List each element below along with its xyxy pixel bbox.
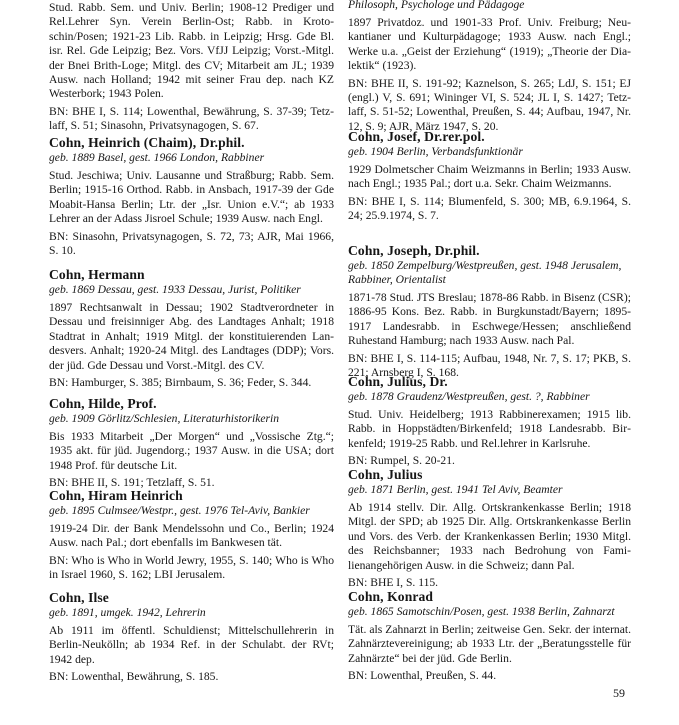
entry-name: Cohn, Hermann <box>49 267 334 283</box>
entry-continuation-right: Philosoph, Psychologe und Pädagoge 1897 … <box>348 0 631 134</box>
entry-body: 1929 Dolmetscher Chaim Weizmanns in Berl… <box>348 163 631 192</box>
entry-meta: geb. 1909 Görlitz/Schlesien, Literaturhi… <box>49 412 334 426</box>
document-page: Stud. Rabb. Sem. und Univ. Berlin; 1908-… <box>0 0 679 725</box>
entry-cohn-konrad: Cohn, Konrad geb. 1865 Samotschin/Posen,… <box>348 589 631 684</box>
entry-references: BN: Hamburger, S. 385; Birnbaum, S. 36; … <box>49 376 334 390</box>
entry-references: BN: Lowenthal, Preußen, S. 44. <box>348 669 631 683</box>
entry-body: 1897 Privatdoz. und 1901-33 Prof. Univ. … <box>348 16 631 74</box>
entry-cohn-heinrich: Cohn, Heinrich (Chaim), Dr.phil. geb. 18… <box>49 135 334 258</box>
entry-meta: geb. 1865 Samotschin/Posen, gest. 1938 B… <box>348 605 631 619</box>
entry-meta: geb. 1878 Graudenz/Westpreußen, gest. ?,… <box>348 390 631 404</box>
entry-body: Ab 1914 stellv. Dir. Allg. Ortskrankenka… <box>348 501 631 573</box>
entry-meta: geb. 1889 Basel, gest. 1966 London, Rabb… <box>49 151 334 165</box>
entry-name: Cohn, Ilse <box>49 590 334 606</box>
entry-meta: geb. 1895 Culmsee/Westpr., gest. 1976 Te… <box>49 504 334 518</box>
entry-cohn-hilde: Cohn, Hilde, Prof. geb. 1909 Görlitz/Sch… <box>49 396 334 491</box>
entry-cohn-joseph: Cohn, Joseph, Dr.phil. geb. 1850 Zempelb… <box>348 243 631 380</box>
entry-meta: geb. 1891, umgek. 1942, Lehrerin <box>49 606 334 620</box>
entry-meta: Philosoph, Psychologe und Pädagoge <box>348 0 631 12</box>
entry-references: BN: Who is Who in World Jewry, 1955, S. … <box>49 554 334 583</box>
entry-name: Cohn, Josef, Dr.rer.pol. <box>348 129 631 145</box>
entry-name: Cohn, Joseph, Dr.phil. <box>348 243 631 259</box>
entry-body: Ab 1911 im öffentl. Schuldienst; Mittels… <box>49 624 334 667</box>
entry-name: Cohn, Heinrich (Chaim), Dr.phil. <box>49 135 334 151</box>
entry-body: Stud. Rabb. Sem. und Univ. Berlin; 1908-… <box>49 1 334 102</box>
entry-references: BN: Sinasohn, Privatsynagogen, S. 72, 73… <box>49 230 334 259</box>
entry-references: BN: BHE I, S. 114; Blumenfeld, S. 300; M… <box>348 195 631 224</box>
entry-references: BN: Lowenthal, Bewährung, S. 185. <box>49 670 334 684</box>
entry-cohn-josef: Cohn, Josef, Dr.rer.pol. geb. 1904 Berli… <box>348 129 631 224</box>
entry-cohn-hermann: Cohn, Hermann geb. 1869 Dessau, gest. 19… <box>49 267 334 390</box>
entry-body: 1919-24 Dir. der Bank Mendelssohn und Co… <box>49 522 334 551</box>
entry-meta: geb. 1850 Zempelburg/Westpreußen, gest. … <box>348 259 631 287</box>
entry-continuation-left: Stud. Rabb. Sem. und Univ. Berlin; 1908-… <box>49 1 334 134</box>
entry-body: 1871-78 Stud. JTS Breslau; 1878-86 Rabb.… <box>348 291 631 349</box>
page-number: 59 <box>613 686 625 700</box>
entry-references: BN: BHE II, S. 191-92; Kaznelson, S. 265… <box>348 77 631 135</box>
entry-body: Stud. Jeschiwa; Univ. Lausanne und Straß… <box>49 169 334 227</box>
entry-cohn-hiram-heinrich: Cohn, Hiram Heinrich geb. 1895 Culmsee/W… <box>49 488 334 583</box>
entry-name: Cohn, Julius <box>348 467 631 483</box>
entry-meta: geb. 1871 Berlin, gest. 1941 Tel Aviv, B… <box>348 483 631 497</box>
entry-cohn-ilse: Cohn, Ilse geb. 1891, umgek. 1942, Lehre… <box>49 590 334 685</box>
entry-body: 1897 Rechtsanwalt in Dessau; 1902 Stadtv… <box>49 301 334 373</box>
entry-meta: geb. 1869 Dessau, gest. 1933 Dessau, Jur… <box>49 283 334 297</box>
entry-body: Tät. als Zahnarzt in Berlin; zeitweise G… <box>348 623 631 666</box>
entry-body: Stud. Univ. Heidelberg; 1913 Rabbinerexa… <box>348 408 631 451</box>
entry-cohn-julius: Cohn, Julius geb. 1871 Berlin, gest. 194… <box>348 467 631 590</box>
entry-name: Cohn, Konrad <box>348 589 631 605</box>
entry-name: Cohn, Hilde, Prof. <box>49 396 334 412</box>
entry-references: BN: BHE I, S. 114; Lowenthal, Bewährung,… <box>49 105 334 134</box>
entry-name: Cohn, Julius, Dr. <box>348 374 631 390</box>
entry-cohn-julius-dr: Cohn, Julius, Dr. geb. 1878 Graudenz/Wes… <box>348 374 631 469</box>
entry-body: Bis 1933 Mitarbeit „Der Morgen“ und „Vos… <box>49 430 334 473</box>
entry-meta: geb. 1904 Berlin, Verbandsfunktionär <box>348 145 631 159</box>
entry-name: Cohn, Hiram Heinrich <box>49 488 334 504</box>
